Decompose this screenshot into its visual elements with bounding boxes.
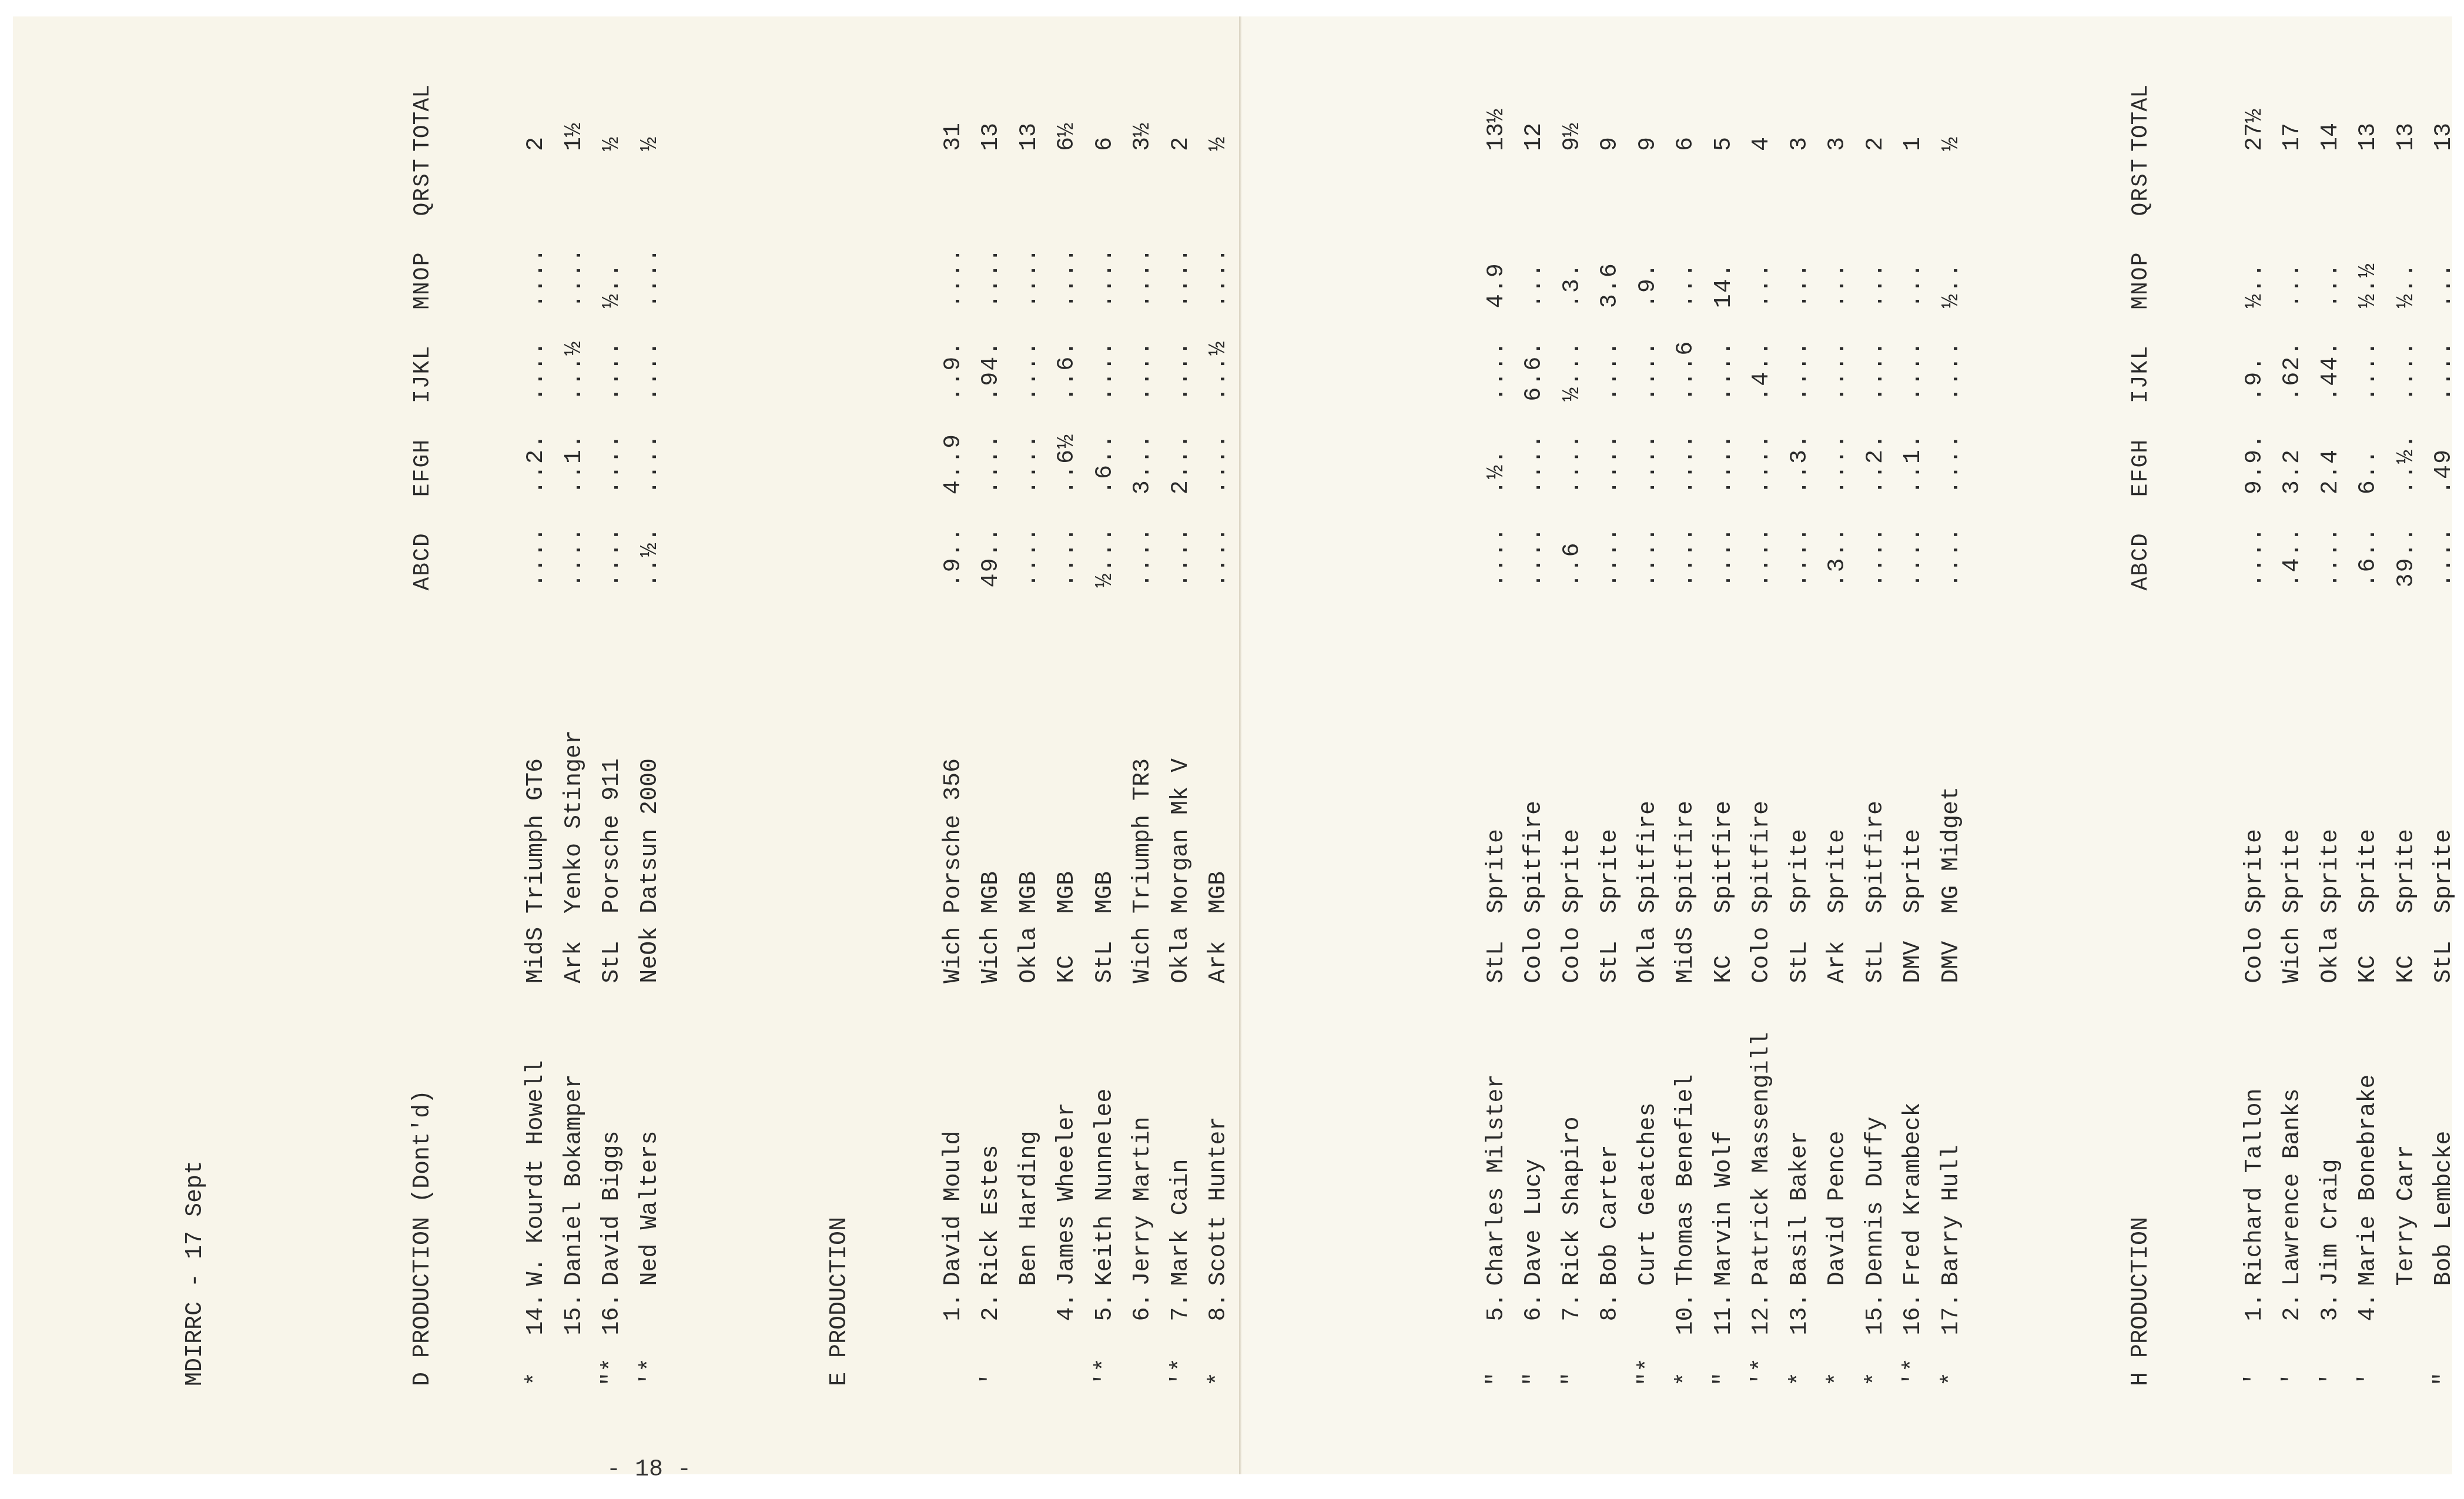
driver-name: Dave Lucy — [1516, 983, 1554, 1286]
result-row: ' 3. Jim Craig Okla Sprite .... 2.4 .44.… — [2312, 93, 2351, 1386]
car: Spitfire — [1668, 588, 1706, 914]
result-row: 6. Jerry Martin Wich Triumph TR3 .... 3.… — [1124, 93, 1163, 1386]
col-abcd: ABCD — [2122, 497, 2161, 590]
score-efgh: 4..9 — [935, 401, 973, 494]
score-abcd: .... — [2426, 494, 2464, 587]
eligibility-mark: '* — [1895, 1346, 1933, 1386]
club: Okla — [1011, 914, 1049, 983]
score-efgh: 3.2 — [2274, 401, 2312, 494]
car: Morgan Mk V — [1163, 588, 1201, 914]
eligibility-mark: ' — [2312, 1346, 2351, 1386]
eligibility-mark: " — [1706, 1346, 1744, 1386]
section-header-row: E PRODUCTION — [821, 93, 859, 1386]
car: Sprite — [2426, 588, 2464, 914]
position: 10. — [1668, 1286, 1706, 1346]
score-abcd: .4.. — [2274, 494, 2312, 587]
score-mnop: .... — [1163, 215, 1201, 308]
score-ijkl: 6.6. — [1516, 308, 1554, 401]
club: Colo — [1516, 914, 1554, 983]
score-mnop: ... — [2274, 215, 2312, 308]
result-row: '* 5. Keith Nunnelee StL MGB ½... .6.. .… — [1087, 93, 1125, 1386]
result-row: Terry Carr KC Sprite 39.. ..½. .... ½.. … — [2388, 93, 2426, 1386]
col-ijkl: IJKL — [404, 310, 443, 403]
score-efgh: 2.4 — [2312, 401, 2351, 494]
car: Porsche 356 — [935, 588, 973, 914]
score-abcd: .... — [1011, 494, 1049, 587]
car: Sprite — [2350, 588, 2388, 914]
result-row: ' 2. Rick Estes Wich MGB 49.. .... .94. … — [973, 93, 1011, 1386]
col-total: TOTAL — [404, 93, 443, 152]
score-abcd: .... — [1895, 494, 1933, 587]
driver-name: Curt Geatches — [1630, 983, 1668, 1286]
right-page-content: " 5. Charles Milster StL Sprite .... .½.… — [1288, 93, 2464, 1386]
results-section: D PRODUCTION (Dont'd) ABCD EFGH IJKL MNO… — [329, 93, 746, 1386]
driver-name: Bob Lembcke — [2426, 983, 2464, 1286]
score-ijkl: ...6 — [1668, 308, 1706, 401]
result-row: * 8. Scott Hunter Ark MGB .... .... ...½… — [1200, 93, 1238, 1386]
total-points: 4 — [1743, 93, 1782, 151]
score-efgh: .... — [1668, 401, 1706, 494]
score-mnop: .... — [556, 215, 594, 308]
position: 7. — [1163, 1286, 1201, 1346]
eligibility-mark: " — [2426, 1346, 2464, 1386]
position: 12. — [1743, 1286, 1782, 1346]
score-ijkl: .... — [1782, 308, 1820, 401]
eligibility-mark: * — [1819, 1346, 1857, 1386]
position: 13. — [1782, 1286, 1820, 1346]
result-row: * 17. Barry Hull DMV MG Midget .... ....… — [1933, 93, 1971, 1386]
score-mnop: ... — [1819, 215, 1857, 308]
score-abcd: .... — [1163, 494, 1201, 587]
club: StL — [1857, 914, 1896, 983]
total-points: 2 — [1163, 93, 1201, 151]
score-mnop: .... — [1200, 215, 1238, 308]
result-row: 8. Bob Carter StL Sprite .... .... .... … — [1592, 93, 1630, 1386]
eligibility-mark: ' — [973, 1346, 1011, 1386]
score-efgh: .... — [632, 401, 670, 494]
driver-name: Mark Cain — [1163, 983, 1201, 1286]
score-efgh: 9.9. — [2237, 401, 2275, 494]
score-efgh: 3... — [1124, 401, 1163, 494]
position: 6. — [1124, 1286, 1163, 1346]
car: MGB — [1087, 588, 1125, 914]
club: Ark — [1200, 914, 1238, 983]
total-points: 3 — [1782, 93, 1820, 151]
total-points: ½ — [594, 93, 632, 151]
eligibility-mark: * — [1857, 1346, 1896, 1386]
results-section: " 5. Charles Milster StL Sprite .... .½.… — [1364, 93, 2047, 1386]
result-row: '* 7. Mark Cain Okla Morgan Mk V .... 2.… — [1163, 93, 1201, 1386]
score-mnop: ... — [1516, 215, 1554, 308]
total-points: 3½ — [1124, 93, 1163, 151]
score-mnop: .... — [1049, 215, 1087, 308]
score-mnop: ... — [1743, 215, 1782, 308]
driver-name: Keith Nunnelee — [1087, 983, 1125, 1286]
position: 16. — [1895, 1286, 1933, 1346]
driver-name: Marvin Wolf — [1706, 983, 1744, 1286]
club: StL — [1478, 914, 1516, 983]
club: Colo — [1743, 914, 1782, 983]
club: Wich — [973, 914, 1011, 983]
score-efgh: .... — [1630, 401, 1668, 494]
total-points: 1½ — [556, 93, 594, 151]
left-page: MDIRRC - 17 Sept D PRODUCTION (Dont'd) A… — [13, 16, 1241, 1474]
score-ijkl: .9. — [2237, 308, 2275, 401]
score-efgh: .... — [1554, 401, 1592, 494]
score-ijkl: .4.. — [1743, 308, 1782, 401]
eligibility-mark: " — [1516, 1346, 1554, 1386]
club: Wich — [1124, 914, 1163, 983]
position: 16. — [594, 1286, 632, 1346]
driver-name: Rick Estes — [973, 983, 1011, 1286]
position: 4. — [1049, 1286, 1087, 1346]
club: Colo — [2237, 914, 2275, 983]
total-points: 17 — [2274, 93, 2312, 151]
section-header-row: H PRODUCTION ABCD EFGH IJKL MNOP QRST TO… — [2122, 93, 2161, 1386]
result-row: Ben Harding Okla MGB .... .... .... ....… — [1011, 93, 1049, 1386]
score-abcd: .6.. — [2350, 494, 2388, 587]
car: Sprite — [1895, 588, 1933, 914]
score-abcd: .... — [518, 494, 556, 587]
score-abcd: .... — [594, 494, 632, 587]
eligibility-mark: ' — [2350, 1346, 2388, 1386]
total-points: 6 — [1668, 93, 1706, 151]
eligibility-mark: "* — [1630, 1346, 1668, 1386]
car: MGB — [1200, 588, 1238, 914]
score-efgh: .... — [1592, 401, 1630, 494]
score-abcd: ..½. — [632, 494, 670, 587]
score-ijkl: .... — [1933, 308, 1971, 401]
section-heading: E PRODUCTION — [821, 590, 859, 1386]
score-mnop: ... — [1782, 215, 1820, 308]
score-abcd: .... — [2312, 494, 2351, 587]
score-efgh: .... — [1933, 401, 1971, 494]
score-mnop: 14. — [1706, 215, 1744, 308]
score-mnop: .... — [1087, 215, 1125, 308]
position: 8. — [1592, 1286, 1630, 1346]
page-number: - 18 - — [607, 1457, 691, 1483]
eligibility-mark: * — [1933, 1346, 1971, 1386]
driver-name: Scott Hunter — [1200, 983, 1238, 1286]
score-mnop: .9. — [1630, 215, 1668, 308]
eligibility-mark: '* — [1743, 1346, 1782, 1386]
driver-name: Ben Harding — [1011, 983, 1049, 1286]
section-heading: D PRODUCTION (Dont'd) — [404, 590, 443, 1386]
position: 1. — [2237, 1286, 2275, 1346]
result-row: '* Ned Walters NeOk Datsun 2000 ..½. ...… — [632, 93, 670, 1386]
total-points: 13 — [2350, 93, 2388, 151]
score-abcd: 39.. — [2388, 494, 2426, 587]
document-spread: MDIRRC - 17 Sept D PRODUCTION (Dont'd) A… — [0, 0, 2464, 1499]
total-points: 6 — [1087, 93, 1125, 151]
total-points: 13 — [1011, 93, 1049, 151]
score-abcd: .... — [1592, 494, 1630, 587]
total-points: 5 — [1706, 93, 1744, 151]
total-points: 9 — [1630, 93, 1668, 151]
club: StL — [1592, 914, 1630, 983]
position: 5. — [1087, 1286, 1125, 1346]
score-efgh: ..2. — [518, 401, 556, 494]
total-points: 2 — [1857, 93, 1896, 151]
club: Okla — [2312, 914, 2351, 983]
score-abcd: .... — [1743, 494, 1782, 587]
score-efgh: ..1. — [1895, 401, 1933, 494]
car: Yenko Stinger — [556, 588, 594, 914]
total-points: 3 — [1819, 93, 1857, 151]
col-efgh: EFGH — [2122, 403, 2161, 497]
score-ijkl: ...½ — [556, 308, 594, 401]
score-ijkl: .... — [594, 308, 632, 401]
total-points: 1 — [1895, 93, 1933, 151]
driver-name: Charles Milster — [1478, 983, 1516, 1286]
car: Sprite — [2237, 588, 2275, 914]
car: Triumph TR3 — [1124, 588, 1163, 914]
car: MGB — [1011, 588, 1049, 914]
score-efgh: ..½. — [2388, 401, 2426, 494]
score-efgh: .... — [1011, 401, 1049, 494]
position: 2. — [973, 1286, 1011, 1346]
score-mnop: ½.. — [2237, 215, 2275, 308]
score-ijkl: ..6. — [1049, 308, 1087, 401]
score-ijkl: ..9. — [935, 308, 973, 401]
score-mnop: ½.. — [594, 215, 632, 308]
total-points: 9½ — [1554, 93, 1592, 151]
score-mnop: ½.. — [2388, 215, 2426, 308]
result-row: * David Pence Ark Sprite .3.. .... .... … — [1819, 93, 1857, 1386]
total-points: 2 — [518, 93, 556, 151]
score-ijkl: .... — [518, 308, 556, 401]
score-efgh: .49 — [2426, 401, 2464, 494]
driver-name: James Wheeler — [1049, 983, 1087, 1286]
score-abcd: 49.. — [973, 494, 1011, 587]
score-ijkl: .... — [1163, 308, 1201, 401]
total-points: 13 — [2426, 93, 2464, 151]
driver-name: Barry Hull — [1933, 983, 1971, 1286]
score-abcd: .... — [1782, 494, 1820, 587]
score-abcd: .... — [1200, 494, 1238, 587]
club: KC — [1706, 914, 1744, 983]
result-row: '* 16. Fred Krambeck DMV Sprite .... ..1… — [1895, 93, 1933, 1386]
score-efgh: .½. — [1478, 401, 1516, 494]
car: Sprite — [1782, 588, 1820, 914]
eligibility-mark: '* — [1087, 1346, 1125, 1386]
score-abcd: .... — [1630, 494, 1668, 587]
result-row: " 5. Charles Milster StL Sprite .... .½.… — [1478, 93, 1516, 1386]
eligibility-mark: " — [1478, 1346, 1516, 1386]
car: Sprite — [1819, 588, 1857, 914]
car: Sprite — [1554, 588, 1592, 914]
driver-name: Fred Krambeck — [1895, 983, 1933, 1286]
score-mnop: .... — [518, 215, 556, 308]
car: Spitfire — [1516, 588, 1554, 914]
position: 17. — [1933, 1286, 1971, 1346]
score-mnop: ... — [2426, 215, 2464, 308]
car: Sprite — [2388, 588, 2426, 914]
col-total: TOTAL — [2122, 93, 2161, 152]
score-efgh: .... — [1819, 401, 1857, 494]
score-mnop: .... — [1011, 215, 1049, 308]
eligibility-mark: * — [518, 1346, 556, 1386]
driver-name: Lawrence Banks — [2274, 983, 2312, 1286]
position: 15. — [1857, 1286, 1896, 1346]
club: Okla — [1630, 914, 1668, 983]
club: StL — [1782, 914, 1820, 983]
score-mnop: 3.6 — [1592, 215, 1630, 308]
club: KC — [2388, 914, 2426, 983]
position: 2. — [2274, 1286, 2312, 1346]
score-efgh: .... — [1516, 401, 1554, 494]
result-row: * 13. Basil Baker StL Sprite .... ..3. .… — [1782, 93, 1820, 1386]
driver-name: Jerry Martin — [1124, 983, 1163, 1286]
score-abcd: .... — [1516, 494, 1554, 587]
total-points: 6½ — [1049, 93, 1087, 151]
club: Colo — [1554, 914, 1592, 983]
club: DMV — [1895, 914, 1933, 983]
driver-name: Basil Baker — [1782, 983, 1820, 1286]
club: NeOk — [632, 914, 670, 983]
result-row: ' 2. Lawrence Banks Wich Sprite .4.. 3.2… — [2274, 93, 2312, 1386]
position: 11. — [1706, 1286, 1744, 1346]
score-mnop: ... — [1668, 215, 1706, 308]
result-row: " Bob Lembcke StL Sprite .... .49 .... .… — [2426, 93, 2464, 1386]
driver-name: W. Kourdt Howell — [518, 983, 556, 1286]
car: MG Midget — [1933, 588, 1971, 914]
score-mnop: ... — [1857, 215, 1896, 308]
club: StL — [2426, 914, 2464, 983]
score-efgh: ..2. — [1857, 401, 1896, 494]
driver-name: David Biggs — [594, 983, 632, 1286]
score-efgh: 6.. — [2350, 401, 2388, 494]
score-efgh: .6.. — [1087, 401, 1125, 494]
score-efgh: .... — [594, 401, 632, 494]
page-title: MDIRRC - 17 Sept — [177, 93, 215, 1386]
score-efgh: ..6½ — [1049, 401, 1087, 494]
position: 14. — [518, 1286, 556, 1346]
score-abcd: .9.. — [935, 494, 973, 587]
total-points: 27½ — [2237, 93, 2275, 151]
col-qrst: QRST — [2122, 152, 2161, 216]
car: MGB — [1049, 588, 1087, 914]
col-mnop: MNOP — [404, 216, 443, 310]
club: MidS — [1668, 914, 1706, 983]
score-mnop: .... — [973, 215, 1011, 308]
club: StL — [594, 914, 632, 983]
score-ijkl: .... — [1819, 308, 1857, 401]
driver-name: Jim Craig — [2312, 983, 2351, 1286]
position: 3. — [2312, 1286, 2351, 1346]
score-efgh: .... — [1706, 401, 1744, 494]
score-ijkl: .... — [1630, 308, 1668, 401]
score-mnop: ½.½ — [2350, 215, 2388, 308]
eligibility-mark: * — [1782, 1346, 1820, 1386]
position: 7. — [1554, 1286, 1592, 1346]
col-ijkl: IJKL — [2122, 310, 2161, 403]
result-row: * 14. W. Kourdt Howell MidS Triumph GT6 … — [518, 93, 556, 1386]
total-points: 13 — [2388, 93, 2426, 151]
car: Sprite — [1478, 588, 1516, 914]
driver-name: Patrick Massengill — [1743, 983, 1782, 1286]
total-points: ½ — [632, 93, 670, 151]
col-efgh: EFGH — [404, 403, 443, 497]
score-ijkl: .94. — [973, 308, 1011, 401]
position: 15. — [556, 1286, 594, 1346]
driver-name: David Mould — [935, 983, 973, 1286]
club: Ark — [1819, 914, 1857, 983]
score-ijkl: .... — [1478, 308, 1516, 401]
eligibility-mark: " — [1554, 1346, 1592, 1386]
total-points: 13½ — [1478, 93, 1516, 151]
eligibility-mark: '* — [1163, 1346, 1201, 1386]
eligibility-mark: ' — [2237, 1346, 2275, 1386]
result-row: * 15. Dennis Duffy StL Spitfire .... ..2… — [1857, 93, 1896, 1386]
results-section: H PRODUCTION ABCD EFGH IJKL MNOP QRST TO… — [2047, 93, 2464, 1386]
score-abcd: ..6 — [1554, 494, 1592, 587]
col-qrst: QRST — [404, 152, 443, 216]
score-ijkl: ...½ — [1200, 308, 1238, 401]
result-row: "* Curt Geatches Okla Spitfire .... ....… — [1630, 93, 1668, 1386]
result-row: 1. David Mould Wich Porsche 356 .9.. 4..… — [935, 93, 973, 1386]
score-abcd: .... — [1933, 494, 1971, 587]
score-mnop: .... — [632, 215, 670, 308]
section-heading: H PRODUCTION — [2122, 590, 2161, 1386]
car: MGB — [973, 588, 1011, 914]
car: Porsche 911 — [594, 588, 632, 914]
car: Sprite — [2312, 588, 2351, 914]
eligibility-mark: ' — [2274, 1346, 2312, 1386]
result-row: 15. Daniel Bokamper Ark Yenko Stinger ..… — [556, 93, 594, 1386]
score-ijkl: .... — [1592, 308, 1630, 401]
score-abcd: .... — [1706, 494, 1744, 587]
score-efgh: .... — [1743, 401, 1782, 494]
driver-name: Marie Bonebrake — [2350, 983, 2388, 1286]
score-ijkl: .62. — [2274, 308, 2312, 401]
result-row: * 10. Thomas Benefiel MidS Spitfire ....… — [1668, 93, 1706, 1386]
score-ijkl: .... — [2350, 308, 2388, 401]
driver-name: Bob Carter — [1592, 983, 1630, 1286]
total-points: ½ — [1933, 93, 1971, 151]
club: StL — [1087, 914, 1125, 983]
total-points: ½ — [1200, 93, 1238, 151]
score-mnop: ... — [1895, 215, 1933, 308]
right-page: " 5. Charles Milster StL Sprite .... .½.… — [1241, 16, 2452, 1474]
position: 8. — [1200, 1286, 1238, 1346]
car: Spitfire — [1857, 588, 1896, 914]
score-efgh: .... — [973, 401, 1011, 494]
score-ijkl: .... — [1124, 308, 1163, 401]
position: 5. — [1478, 1286, 1516, 1346]
result-row: " 6. Dave Lucy Colo Spitfire .... .... 6… — [1516, 93, 1554, 1386]
score-abcd: .3.. — [1819, 494, 1857, 587]
club: KC — [1049, 914, 1087, 983]
driver-name: Richard Tallon — [2237, 983, 2275, 1286]
score-ijkl: .... — [1011, 308, 1049, 401]
club: Ark — [556, 914, 594, 983]
score-abcd: ½... — [1087, 494, 1125, 587]
score-ijkl: .... — [632, 308, 670, 401]
score-abcd: .... — [1049, 494, 1087, 587]
score-ijkl: .... — [2388, 308, 2426, 401]
score-mnop: ... — [2312, 215, 2351, 308]
driver-name: Rick Shapiro — [1554, 983, 1592, 1286]
car: Sprite — [2274, 588, 2312, 914]
total-points: 13 — [973, 93, 1011, 151]
club: MidS — [518, 914, 556, 983]
car: Spitfire — [1743, 588, 1782, 914]
total-points: 12 — [1516, 93, 1554, 151]
eligibility-mark: * — [1200, 1346, 1238, 1386]
score-abcd: .... — [1124, 494, 1163, 587]
score-abcd: .... — [1668, 494, 1706, 587]
